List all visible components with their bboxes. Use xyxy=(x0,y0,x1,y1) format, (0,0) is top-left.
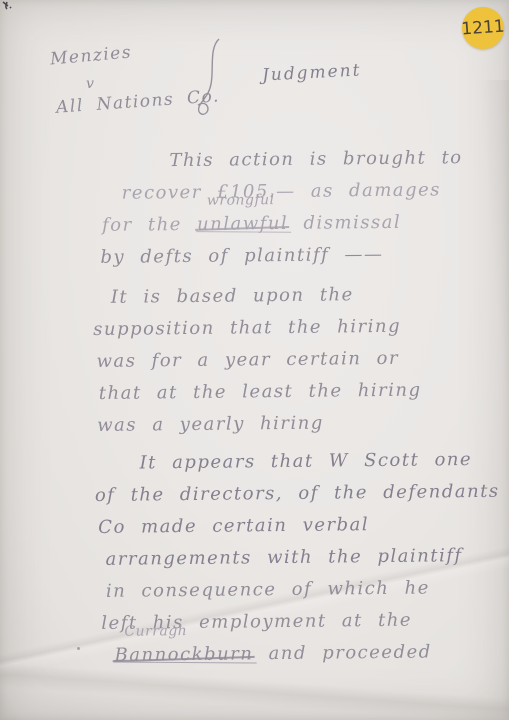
manuscript-line: of the directors, of the defendants xyxy=(85,476,485,512)
manuscript-line: by defts of plaintiff —— xyxy=(82,238,482,274)
inserted-word: Curragh xyxy=(124,624,187,639)
struck-word: Bannockburn xyxy=(114,643,253,665)
manuscript-line: Co made certain verbal xyxy=(85,508,485,544)
manuscript-line: It is based upon the xyxy=(83,278,483,314)
manuscript-line: that at the least the hiring xyxy=(84,374,484,410)
manuscript-line: for the wrongfulunlawful dismissal xyxy=(82,206,482,242)
manuscript-line: CurraghBannockburn and proceeded xyxy=(86,636,486,672)
line-text: and proceeded xyxy=(253,641,432,664)
correction: wrongfulunlawful xyxy=(197,208,288,241)
case-brace-icon xyxy=(188,36,228,122)
ink-dot xyxy=(77,647,80,650)
manuscript-line: recover £105.— as damages xyxy=(82,174,482,210)
struck-word: unlawful xyxy=(197,213,288,235)
correction: CurraghBannockburn xyxy=(114,638,253,671)
manuscript-line: It appears that W Scott one xyxy=(84,444,484,480)
manuscript-line: arrangements with the plaintiff xyxy=(85,540,485,576)
scanned-manuscript-page: 1211 Menzies v All Nations Co. Judgment … xyxy=(0,0,509,720)
inserted-word: wrongful xyxy=(207,193,275,208)
corner-ink-mark-icon xyxy=(1,1,15,17)
line-text: dismissal xyxy=(288,212,401,234)
manuscript-body: This action is brought to recover £105.—… xyxy=(81,142,486,672)
manuscript-line: was for a year certain or xyxy=(83,342,483,378)
manuscript-line: This action is brought to xyxy=(81,142,481,178)
manuscript-line: supposition that the hiring xyxy=(83,310,483,346)
manuscript-line: was a yearly hiring xyxy=(84,406,484,442)
page-number: 1211 xyxy=(461,17,506,40)
manuscript-line: in consequence of which he xyxy=(86,572,486,608)
line-text: for the xyxy=(102,214,197,236)
versus-label: v xyxy=(86,76,94,92)
